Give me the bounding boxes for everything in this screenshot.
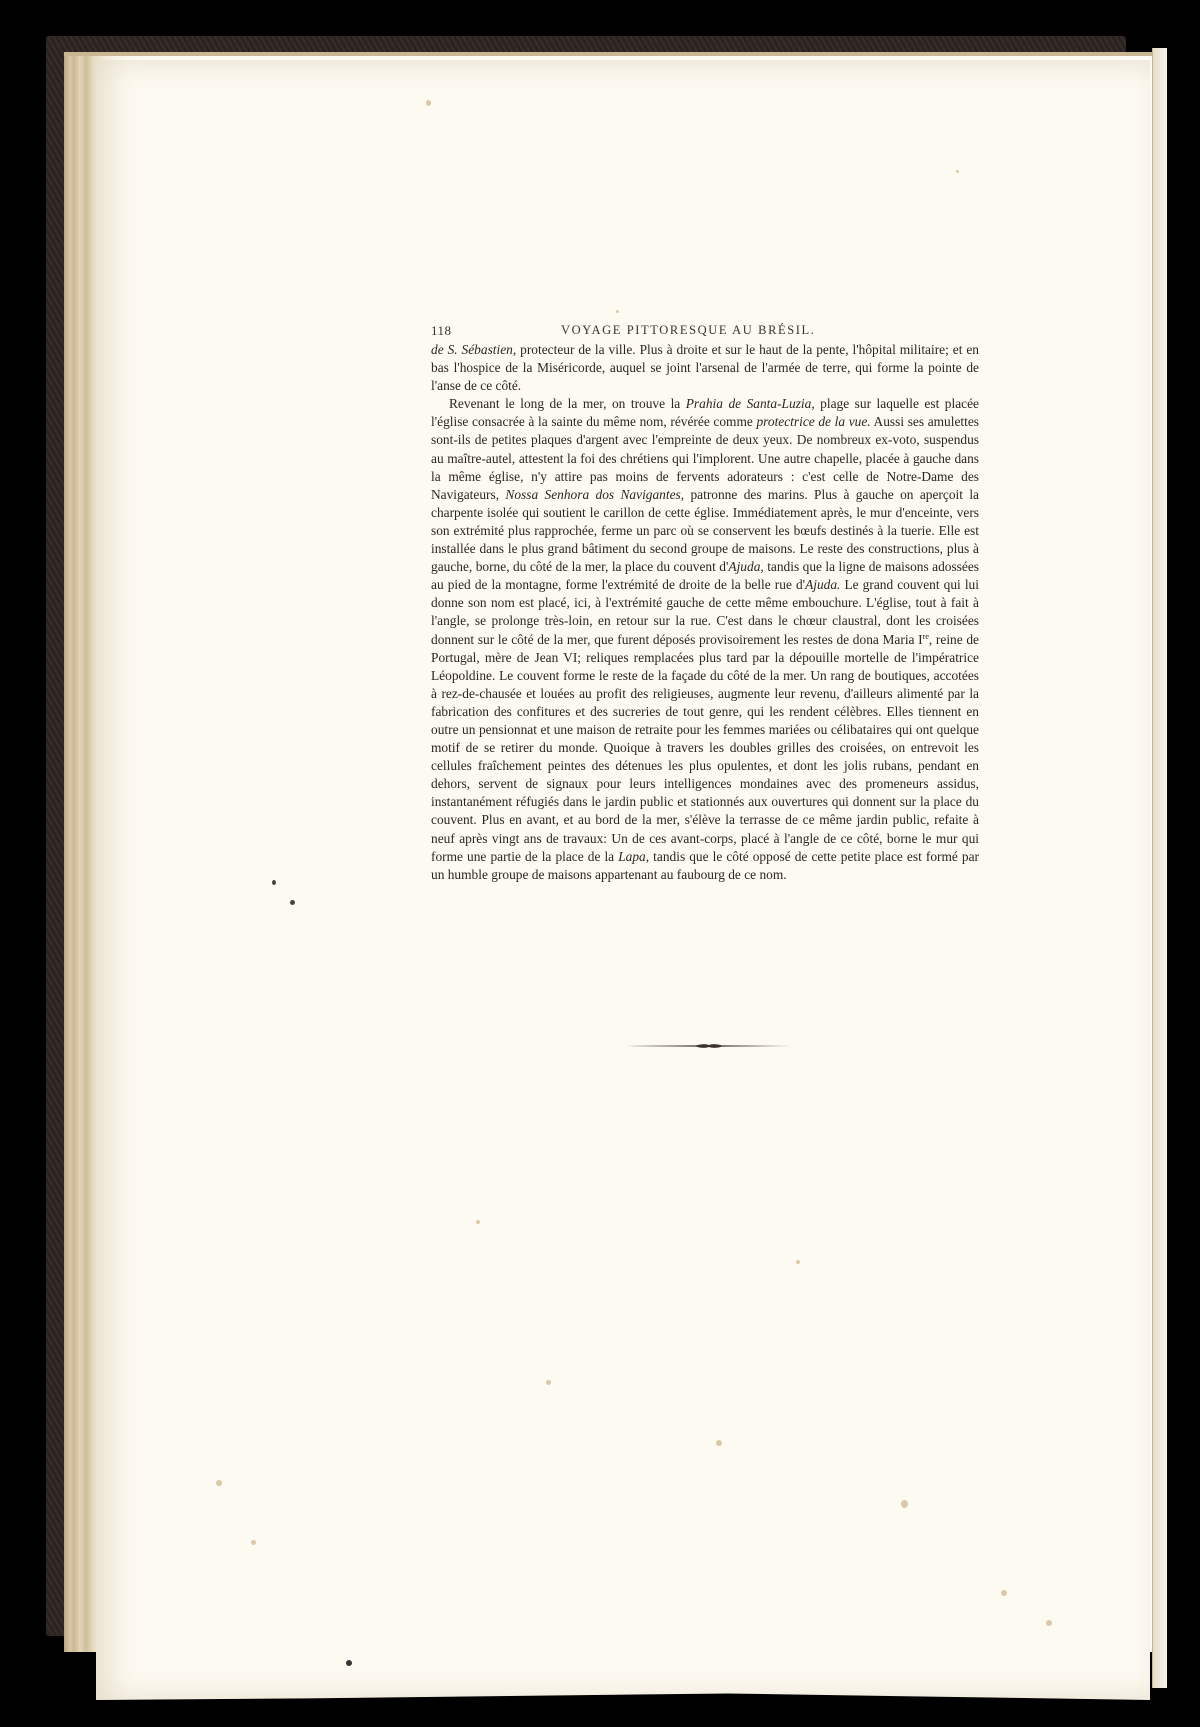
foxing-spot bbox=[956, 170, 959, 173]
foxing-spot bbox=[901, 1500, 908, 1508]
foxing-spot bbox=[251, 1540, 256, 1545]
foxing-spot bbox=[1001, 1590, 1007, 1596]
foxing-spot bbox=[716, 1440, 722, 1446]
italic-text: Nossa Senhora dos Navigantes, bbox=[505, 487, 684, 502]
italic-text: Ajuda. bbox=[805, 577, 840, 592]
tailpiece-ornament-icon bbox=[626, 1042, 792, 1050]
foxing-spot bbox=[346, 1660, 352, 1666]
page-header: 118 VOYAGE PITTORESQUE AU BRÉSIL. bbox=[431, 323, 943, 339]
italic-text: Ajuda, bbox=[728, 559, 763, 574]
paragraph: Revenant le long de la mer, on trouve la… bbox=[431, 395, 979, 884]
foxing-spot bbox=[616, 310, 619, 313]
foxing-spot bbox=[1046, 1620, 1052, 1626]
foxing-spot bbox=[476, 1220, 480, 1224]
foxing-spot bbox=[546, 1380, 551, 1385]
italic-text: protectrice de la vue. bbox=[756, 414, 870, 429]
foxing-spot bbox=[796, 1260, 800, 1264]
italic-text: Prahia de Santa-Luzia, bbox=[686, 396, 815, 411]
foxing-spot bbox=[272, 880, 276, 885]
paragraph: de S. Sébastien, protecteur de la ville.… bbox=[431, 341, 979, 395]
foxing-spot bbox=[290, 900, 295, 905]
text-run: Revenant le long de la mer, on trouve la bbox=[449, 396, 686, 411]
foxing-spot bbox=[216, 1480, 222, 1486]
foxing-spot bbox=[426, 100, 431, 106]
italic-text: de S. Sébastien, bbox=[431, 342, 516, 357]
page-number: 118 bbox=[431, 323, 452, 339]
text-run: , reine de Portugal, mère de Jean VI; re… bbox=[431, 632, 979, 864]
running-title: VOYAGE PITTORESQUE AU BRÉSIL. bbox=[561, 323, 816, 338]
facing-page-edge bbox=[1152, 48, 1167, 1688]
italic-text: Lapa, bbox=[618, 849, 649, 864]
body-text: de S. Sébastien, protecteur de la ville.… bbox=[431, 341, 979, 884]
